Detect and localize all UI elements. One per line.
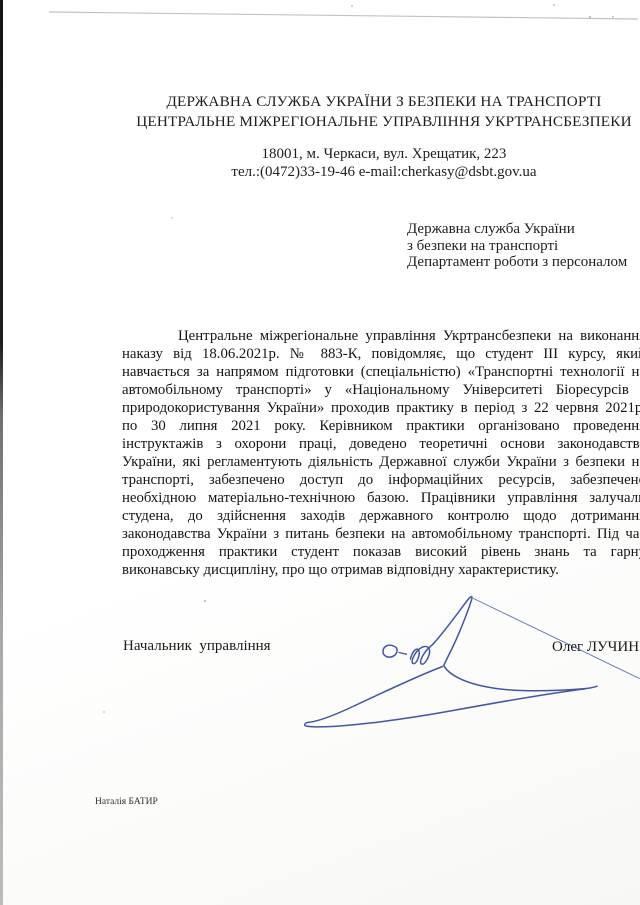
signer-name: Олег ЛУЧИН (552, 639, 639, 656)
letterhead: ДЕРЖАВНА СЛУЖБА УКРАЇНИ З БЕЗПЕКИ НА ТРА… (120, 92, 640, 181)
body-line: Центральне міжрегіональне управління Укр… (122, 327, 640, 345)
signer-position-title: Начальник управління (123, 638, 271, 655)
org-address-line1: 18001, м. Черкаси, вул. Хрещатик, 223 (120, 145, 640, 163)
body-line: необхідною матеріально-технічною базою. … (122, 489, 640, 507)
body-line: виконавську дисципліну, про що отримав в… (122, 561, 640, 579)
body-line: законодавства України з питань безпеки н… (122, 525, 640, 543)
body-line: транспорті, забезпечено доступ до інформ… (122, 471, 640, 489)
body-line: навчається за напрямом підготовки (спеці… (122, 363, 640, 381)
body-line: по 30 липня 2021 року. Керівником практи… (122, 417, 640, 435)
letter-body: Центральне міжрегіональне управління Укр… (122, 327, 640, 579)
body-line: проходження практики студент показав вис… (122, 543, 640, 561)
org-address: 18001, м. Черкаси, вул. Хрещатик, 223 те… (120, 145, 640, 181)
executor-name: Наталія БАТИР (95, 797, 158, 807)
body-line: природокористування України» проходив пр… (122, 399, 640, 417)
body-line: інструктажів з охорони праці, доведено т… (122, 435, 640, 453)
body-line: наказу від 18.06.2021р. № 883-К, повідом… (122, 345, 640, 363)
body-line: студена, до здійснення заходів державног… (122, 507, 640, 525)
body-line: України, які регламентують діяльність Де… (122, 453, 640, 471)
recipient-line3: Департамент роботи з персоналом (407, 254, 627, 271)
body-line: автомобільному транспорті» у «Національн… (122, 381, 640, 399)
org-contact-line: тел.:(0472)33-19-46 e-mail:cherkasy@dsbt… (120, 163, 640, 181)
recipient-line1: Державна служба України (407, 221, 627, 238)
org-name-line1: ДЕРЖАВНА СЛУЖБА УКРАЇНИ З БЕЗПЕКИ НА ТРА… (120, 92, 640, 112)
org-name-line2: ЦЕНТРАЛЬНЕ МІЖРЕГІОНАЛЬНЕ УПРАВЛІННЯ УКР… (120, 112, 640, 132)
scan-edge-artifact (0, 0, 3, 905)
recipient-block: Державна служба України з безпеки на тра… (407, 221, 627, 271)
recipient-line2: з безпеки на транспорті (407, 238, 627, 255)
scanned-letter-page: ДЕРЖАВНА СЛУЖБА УКРАЇНИ З БЕЗПЕКИ НА ТРА… (0, 0, 640, 905)
